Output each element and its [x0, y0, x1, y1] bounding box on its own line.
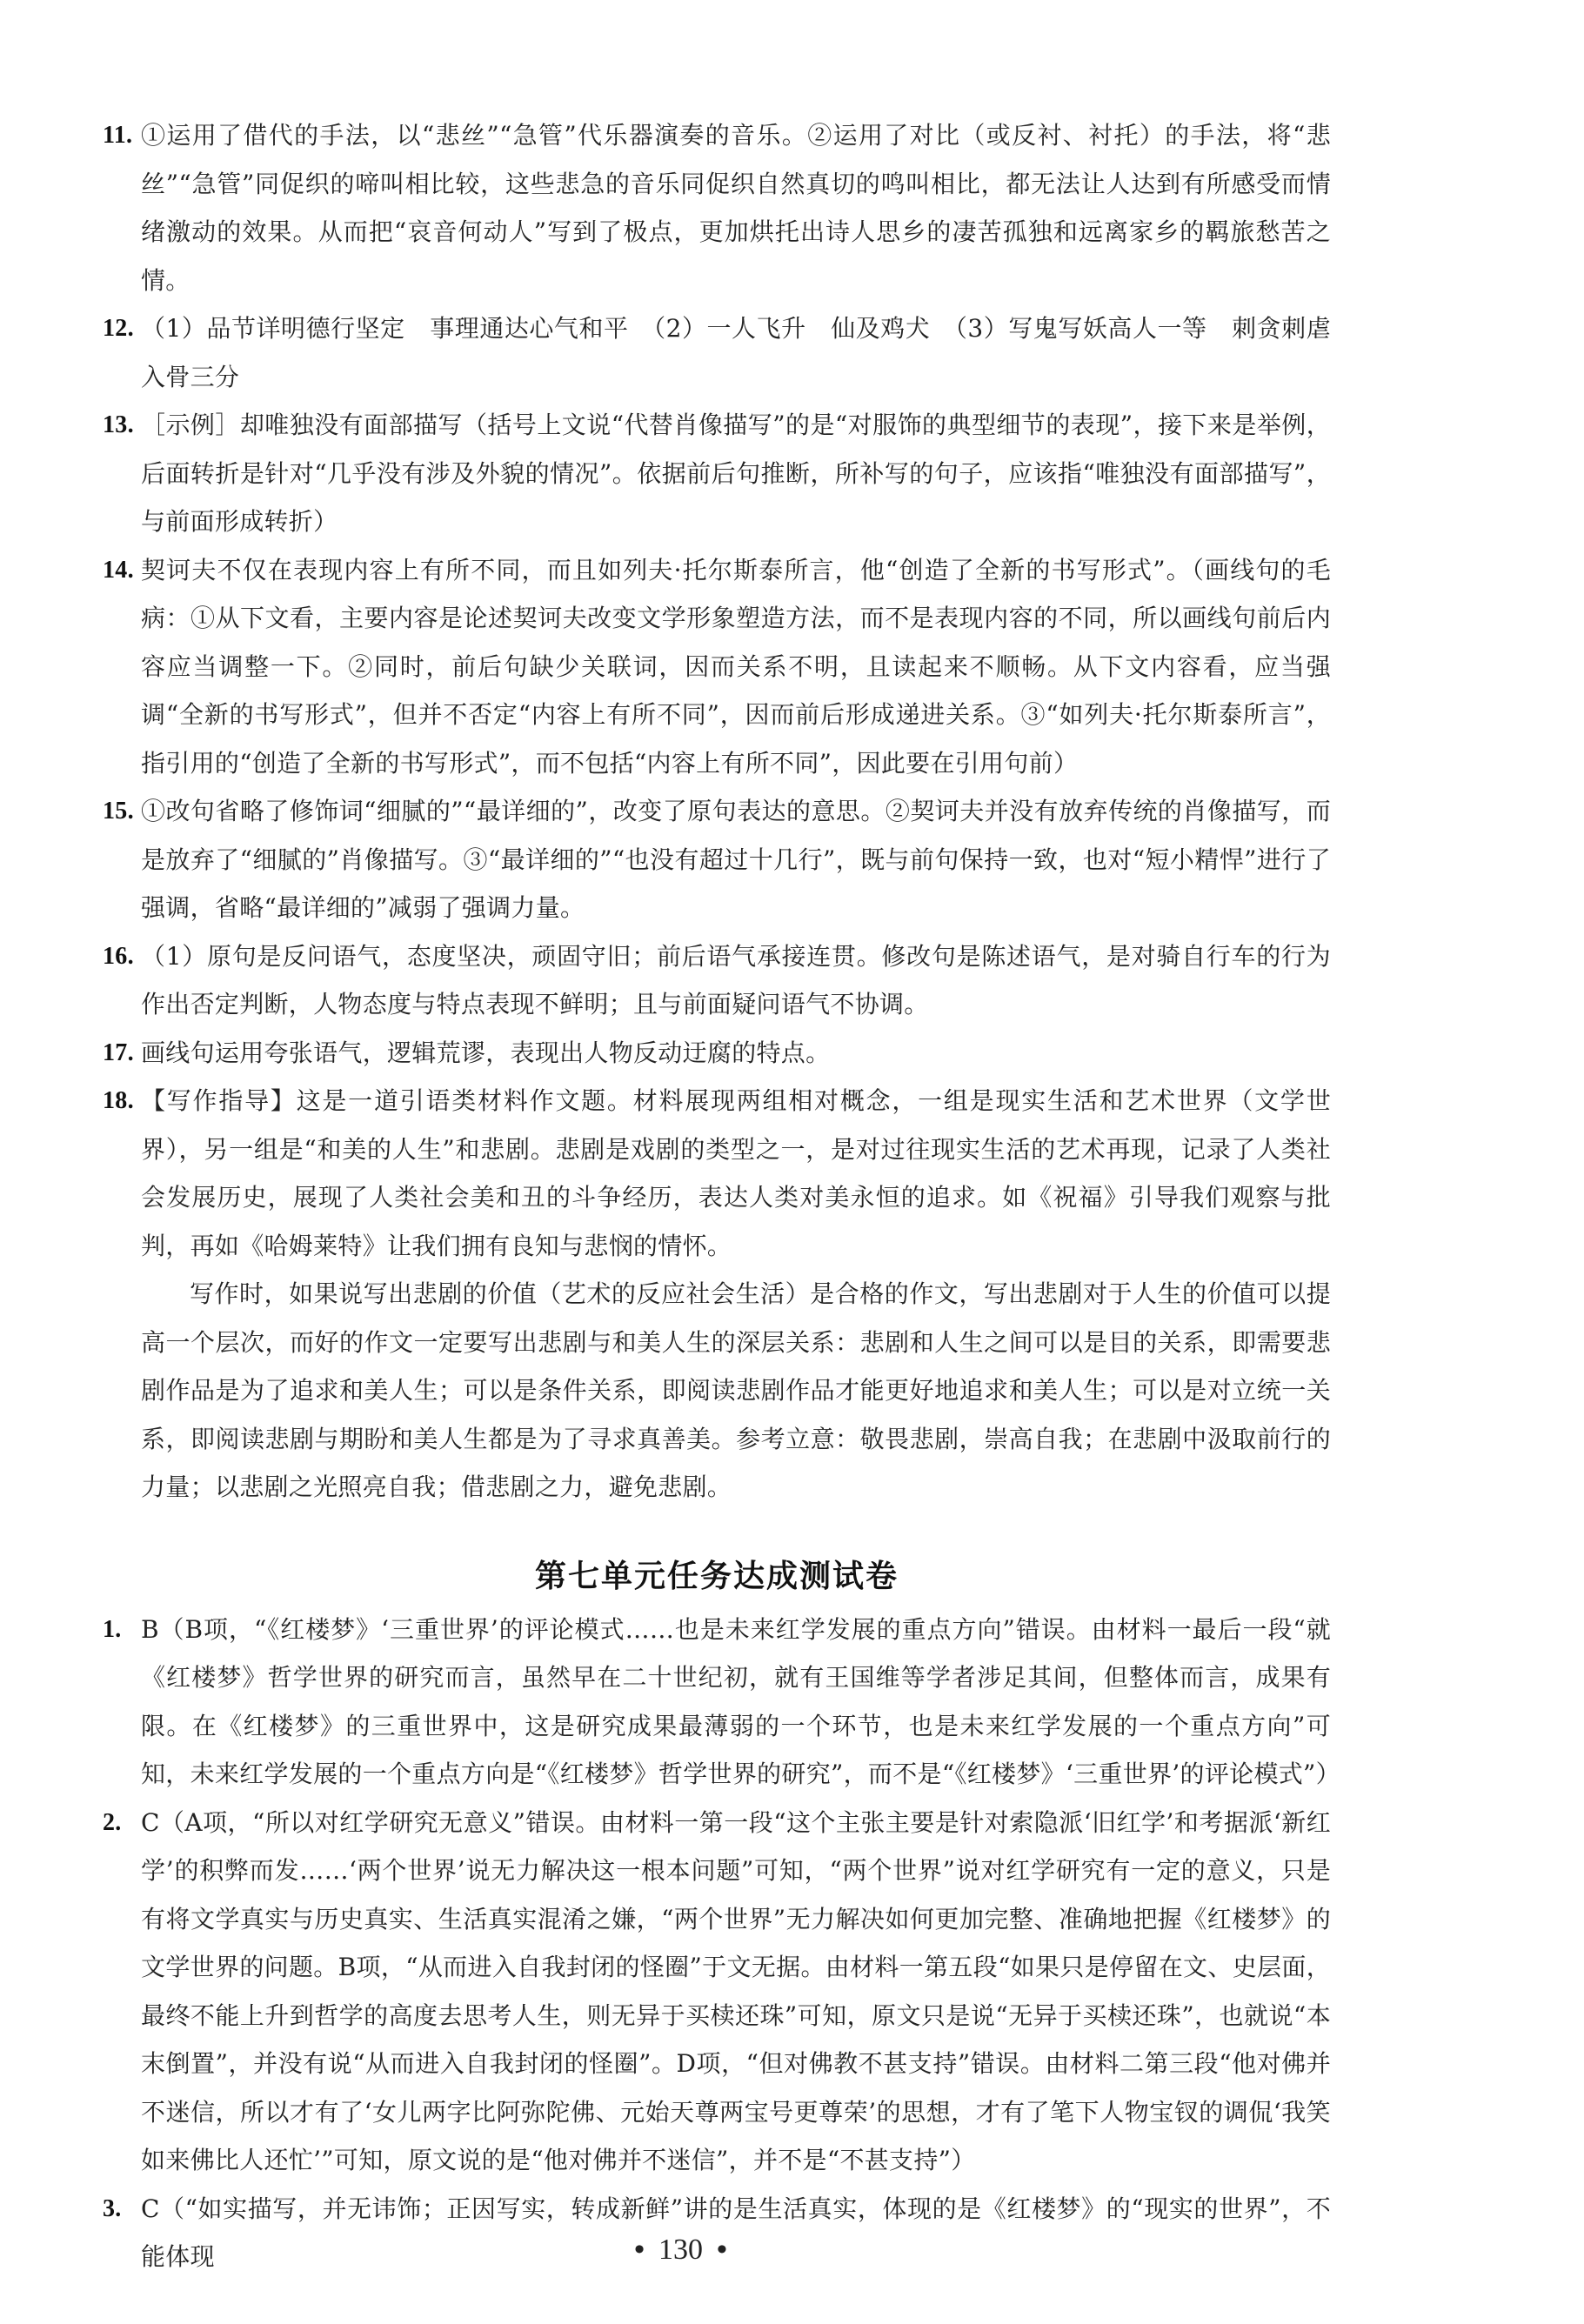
bullet-dot-icon: •	[717, 2234, 727, 2267]
item-number: 17.	[103, 1029, 134, 1078]
answers-unit-seven-test: 1. B（B项，“《红楼梦》‘三重世界’的评论模式……也是未来红学发展的重点方向…	[103, 1606, 1331, 2281]
answer-item-17: 17. 画线句运用夸张语气，逻辑荒谬，表现出人物反动迂腐的特点。	[103, 1029, 1331, 1078]
item-number: 14.	[103, 546, 134, 595]
item-text: 【写作指导】这是一道引语类材料作文题。材料展现两组相对概念，一组是现实生活和艺术…	[141, 1077, 1331, 1270]
item-number: 11.	[103, 111, 132, 160]
item-number: 16.	[103, 932, 134, 981]
item-number: 1.	[103, 1606, 122, 1654]
item-number: 18.	[103, 1077, 134, 1125]
item-number: 12.	[103, 304, 134, 353]
answer-item-2: 2. C（A项，“所以对红学研究无意义”错误。由材料一第一段“这个主张主要是针对…	[103, 1799, 1331, 2185]
item-text-paragraph-2: 写作时，如果说写出悲剧的价值（艺术的反应社会生活）是合格的作文，写出悲剧对于人生…	[141, 1270, 1331, 1512]
answer-item-12: 12. （1）品节详明德行坚定 事理通达心气和平 （2）一人飞升 仙及鸡犬 （3…	[103, 304, 1331, 401]
item-text: B（B项，“《红楼梦》‘三重世界’的评论模式……也是未来红学发展的重点方向”错误…	[141, 1606, 1331, 1799]
page-number: 130	[658, 2234, 703, 2266]
item-text: （1）原句是反问语气，态度坚决，顽固守旧；前后语气承接连贯。修改句是陈述语气，是…	[141, 932, 1331, 1029]
section-title: 第七单元任务达成测试卷	[103, 1555, 1331, 1599]
answer-item-15: 15. ①改句省略了修饰词“细腻的”“最详细的”，改变了原句表达的意思。②契诃夫…	[103, 787, 1331, 932]
answer-item-11: 11. ①运用了借代的手法，以“悲丝”“急管”代乐器演奏的音乐。②运用了对比（或…	[103, 111, 1331, 304]
page-number-footer: •130•	[0, 2234, 1361, 2267]
item-number: 13.	[103, 401, 134, 450]
answer-item-13: 13. ［示例］却唯独没有面部描写（括号上文说“代替肖像描写”的是“对服饰的典型…	[103, 401, 1331, 546]
answer-page: 11. ①运用了借代的手法，以“悲丝”“急管”代乐器演奏的音乐。②运用了对比（或…	[103, 111, 1331, 2281]
item-text: 画线句运用夸张语气，逻辑荒谬，表现出人物反动迂腐的特点。	[141, 1029, 1331, 1078]
item-text: 契诃夫不仅在表现内容上有所不同，而且如列夫·托尔斯泰所言，他“创造了全新的书写形…	[141, 546, 1331, 788]
bullet-dot-icon: •	[634, 2234, 645, 2267]
answer-item-18: 18. 【写作指导】这是一道引语类材料作文题。材料展现两组相对概念，一组是现实生…	[103, 1077, 1331, 1512]
answer-item-16: 16. （1）原句是反问语气，态度坚决，顽固守旧；前后语气承接连贯。修改句是陈述…	[103, 932, 1331, 1029]
answer-item-1: 1. B（B项，“《红楼梦》‘三重世界’的评论模式……也是未来红学发展的重点方向…	[103, 1606, 1331, 1799]
answers-previous-unit: 11. ①运用了借代的手法，以“悲丝”“急管”代乐器演奏的音乐。②运用了对比（或…	[103, 111, 1331, 1512]
item-text: （1）品节详明德行坚定 事理通达心气和平 （2）一人飞升 仙及鸡犬 （3）写鬼写…	[141, 304, 1331, 401]
item-number: 2.	[103, 1799, 122, 1847]
item-text: ①改句省略了修饰词“细腻的”“最详细的”，改变了原句表达的意思。②契诃夫并没有放…	[141, 787, 1331, 932]
item-text: C（A项，“所以对红学研究无意义”错误。由材料一第一段“这个主张主要是针对索隐派…	[141, 1799, 1331, 2185]
item-text: ［示例］却唯独没有面部描写（括号上文说“代替肖像描写”的是“对服饰的典型细节的表…	[141, 401, 1331, 546]
item-text: ①运用了借代的手法，以“悲丝”“急管”代乐器演奏的音乐。②运用了对比（或反衬、衬…	[141, 111, 1331, 304]
item-number: 3.	[103, 2185, 122, 2234]
item-number: 15.	[103, 787, 134, 836]
answer-item-14: 14. 契诃夫不仅在表现内容上有所不同，而且如列夫·托尔斯泰所言，他“创造了全新…	[103, 546, 1331, 788]
